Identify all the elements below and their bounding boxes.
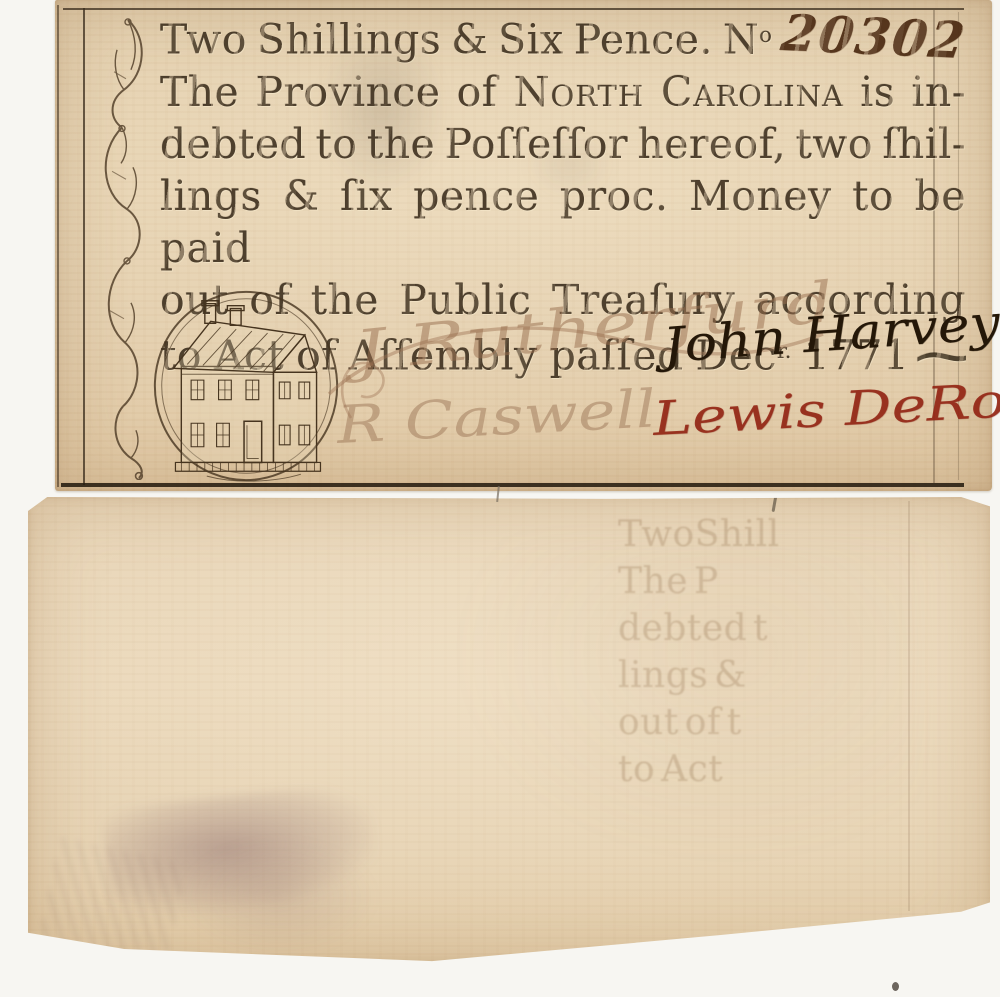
- note-front: Two Shillings & Six Pence. No 20302 The …: [55, 0, 992, 491]
- obligation-line-4: lings & ſix pence proc. Money to be paid: [160, 170, 966, 274]
- obligation-line-2: The Province of North Carolina is in-: [160, 66, 966, 118]
- showthrough-border-line: [908, 501, 910, 911]
- ink-smudge-strokes: [31, 837, 187, 997]
- ink-smudge-halo: [178, 837, 378, 957]
- serial-number: 20302: [779, 13, 969, 61]
- province-name: North Carolina: [514, 68, 844, 116]
- showthrough-text: TwoShill The P debted t lings & out of t…: [618, 511, 898, 793]
- showthrough-line: lings &: [618, 652, 898, 699]
- house-vignette-icon: [146, 288, 346, 484]
- note-back: TwoShill The P debted t lings & out of t…: [28, 497, 990, 963]
- obligation-line-3: debted to the Poſſeſſor hereof, two ſhil…: [160, 118, 966, 170]
- showthrough-line: The P: [618, 558, 898, 605]
- showthrough-line: TwoShill: [618, 511, 898, 558]
- border-line-left-outer: [57, 5, 59, 487]
- dust-speck: [892, 982, 899, 991]
- no-superscript: o: [759, 23, 772, 48]
- showthrough-line: out of t: [618, 699, 898, 746]
- ink-smudge: [101, 781, 382, 924]
- showthrough-line: to Act: [618, 746, 898, 793]
- denomination-line: Two Shillings & Six Pence. No 20302: [160, 10, 966, 66]
- scanned-currency-photo: Two Shillings & Six Pence. No 20302 The …: [0, 0, 1000, 997]
- showthrough-line: debted t: [618, 605, 898, 652]
- line2-pre: The Province of: [160, 68, 514, 116]
- line2-post: is in-: [844, 68, 966, 116]
- paper-fiber: [772, 495, 778, 512]
- denomination-text: Two Shillings & Six Pence. N: [160, 16, 759, 64]
- border-line-left-inner: [83, 8, 85, 485]
